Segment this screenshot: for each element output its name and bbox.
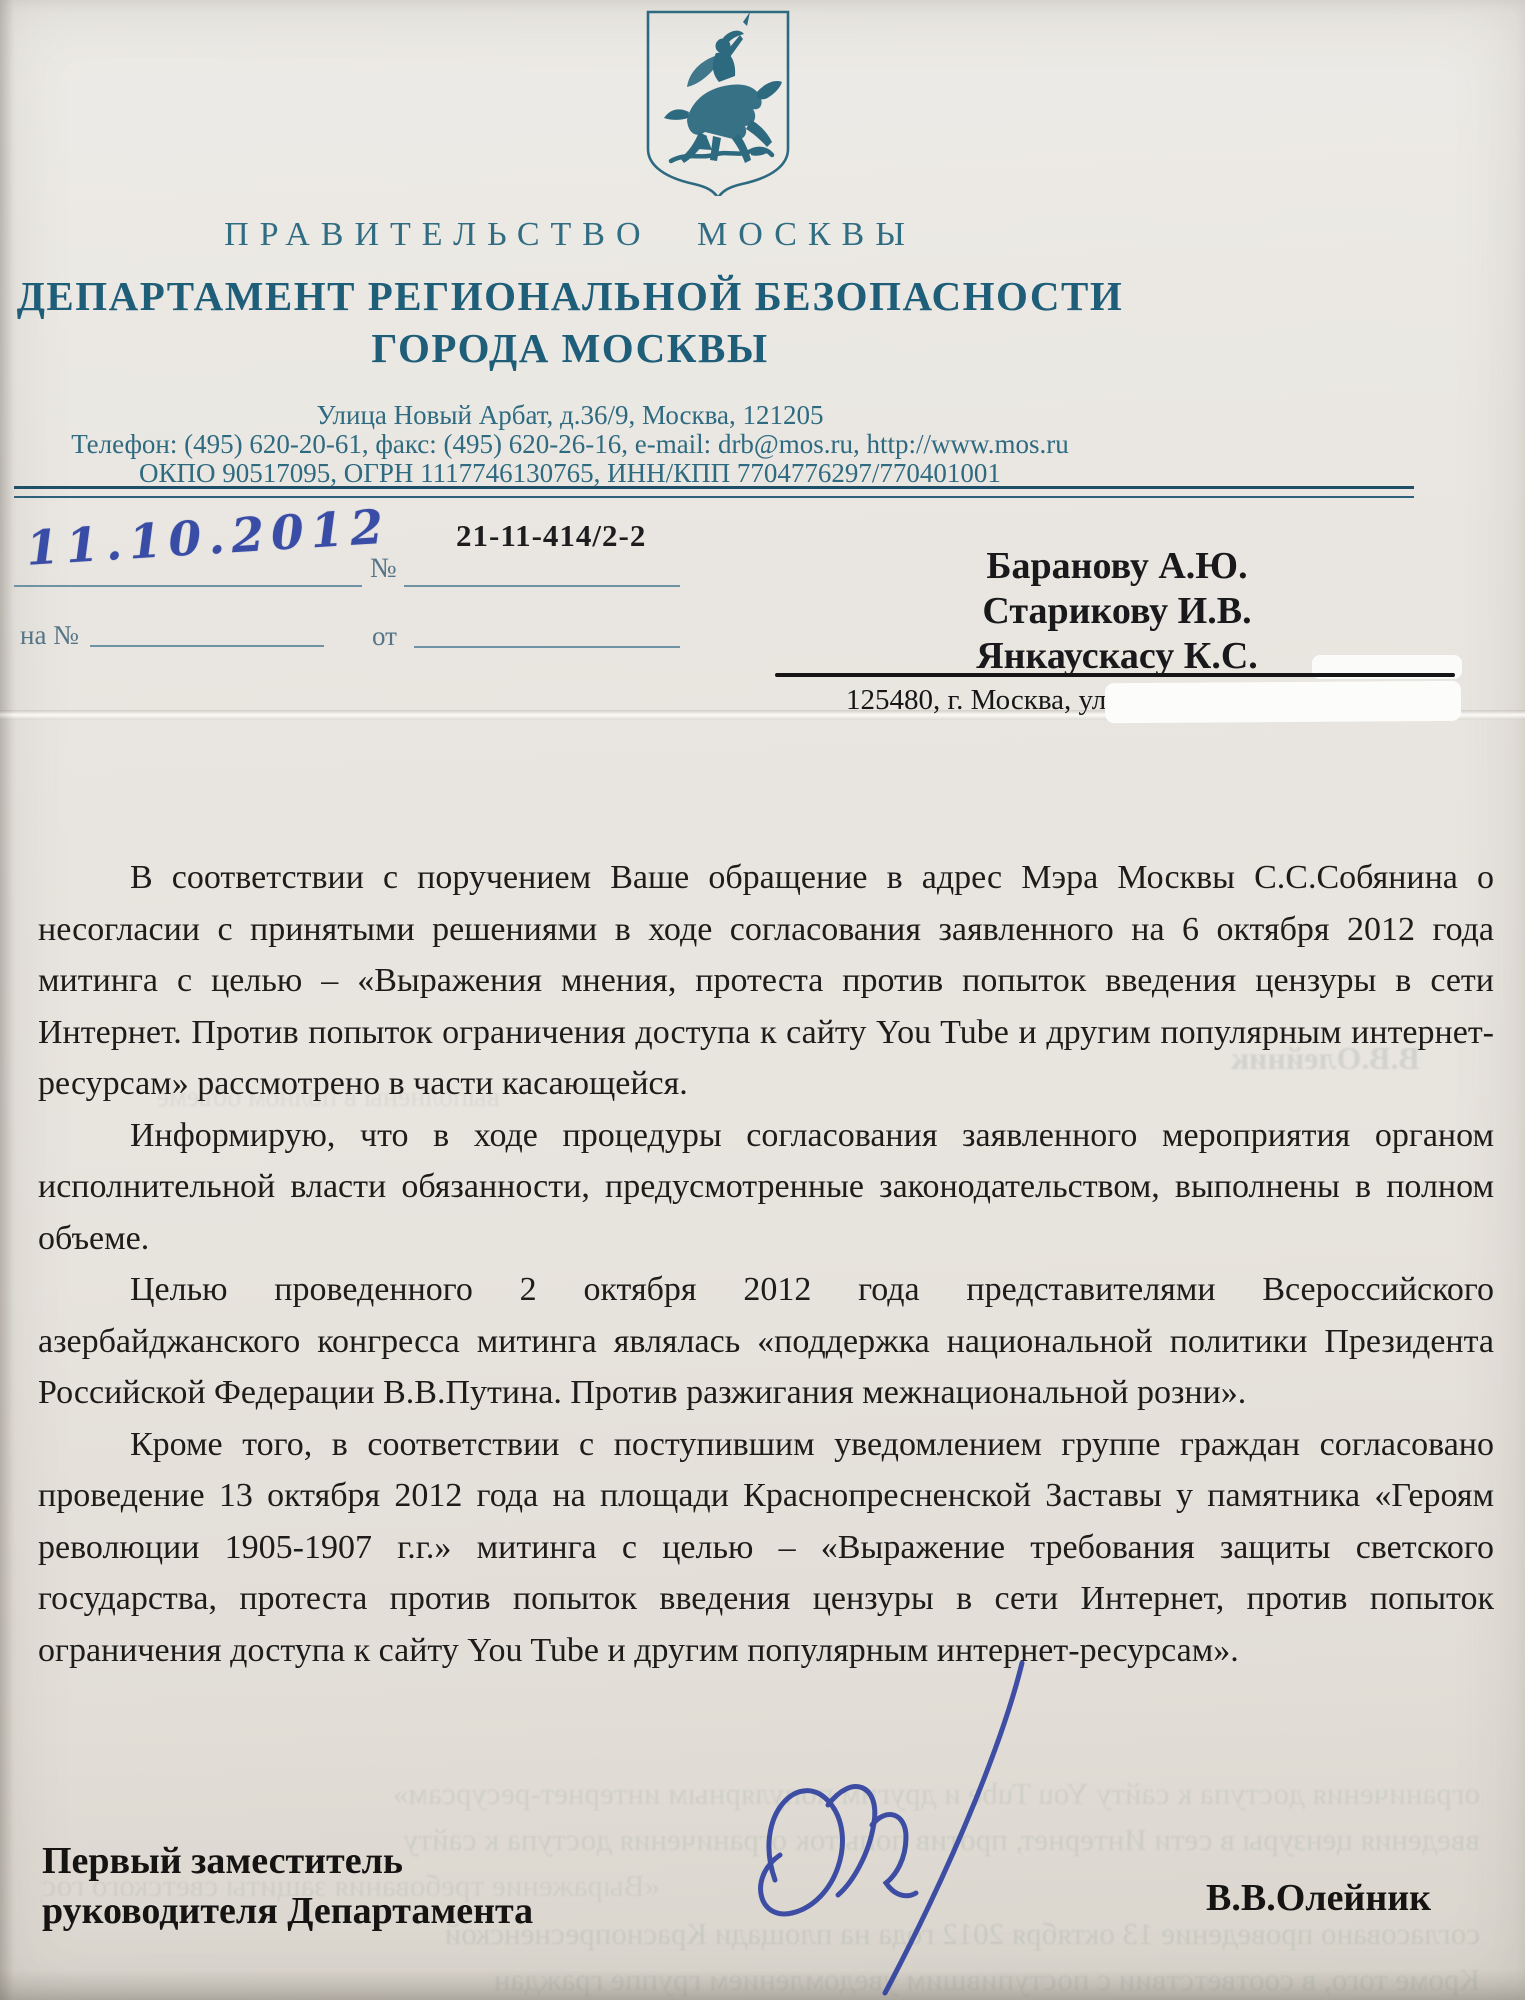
from-date-underline	[414, 646, 680, 648]
body-paragraph: Кроме того, в соответствии с поступившим…	[38, 1419, 1494, 1677]
signer-name: В.В.Олейник	[1206, 1876, 1431, 1920]
letterhead-divider-rule-bottom	[14, 496, 1414, 498]
recipient-underline-rule	[775, 673, 1455, 677]
handwritten-signature	[700, 1655, 1060, 2000]
in-reply-to-label: на №	[20, 620, 79, 651]
signer-title: Первый заместитель руководителя Департам…	[42, 1836, 533, 1936]
street-address: Улица Новый Арбат, д.36/9, Москва, 12120…	[0, 400, 1140, 431]
department-name-line2: ГОРОДА МОСКВЫ	[0, 324, 1140, 372]
government-title: ПРАВИТЕЛЬСТВО МОСКВЫ	[0, 216, 1140, 254]
redaction-whiteout-patch	[1105, 681, 1461, 723]
registry-codes-line: ОКПО 90517095, ОГРН 1117746130765, ИНН/К…	[0, 458, 1140, 489]
contact-line: Телефон: (495) 620-20-61, факс: (495) 62…	[0, 429, 1140, 460]
letterhead-divider-rule-top	[14, 486, 1414, 489]
number-sign-label: №	[370, 553, 397, 585]
body-paragraph: Целью проведенного 2 октября 2012 года п…	[38, 1264, 1494, 1419]
handwritten-date: 11.10.2012	[25, 502, 348, 576]
body-paragraph: Информирую, что в ходе процедуры согласо…	[38, 1110, 1494, 1265]
moscow-coat-of-arms-icon	[643, 8, 793, 196]
outgoing-number: 21-11-414/2-2	[456, 518, 646, 554]
department-name-line1: ДЕПАРТАМЕНТ РЕГИОНАЛЬНОЙ БЕЗОПАСНОСТИ	[0, 272, 1140, 320]
letter-body: В соответствии с поручением Ваше обращен…	[38, 852, 1494, 1676]
signer-title-line1: Первый заместитель	[42, 1836, 533, 1886]
recipient-list: Баранову А.Ю. Старикову И.В. Янкаускасу …	[912, 544, 1322, 679]
recipient-name: Старикову И.В.	[912, 589, 1322, 634]
in-reply-underline	[90, 645, 324, 647]
recipient-address: 125480, г. Москва, ул.	[846, 684, 1114, 717]
scanned-official-letter: В.В.Олейник выполнены в полном объеме ог…	[0, 0, 1525, 2000]
date-underline	[14, 585, 362, 587]
from-date-label: от	[372, 621, 397, 652]
signer-title-line2: руководителя Департамента	[42, 1886, 533, 1936]
number-underline	[404, 585, 680, 587]
body-paragraph: В соответствии с поручением Ваше обращен…	[38, 852, 1494, 1110]
recipient-name: Баранову А.Ю.	[912, 544, 1322, 589]
